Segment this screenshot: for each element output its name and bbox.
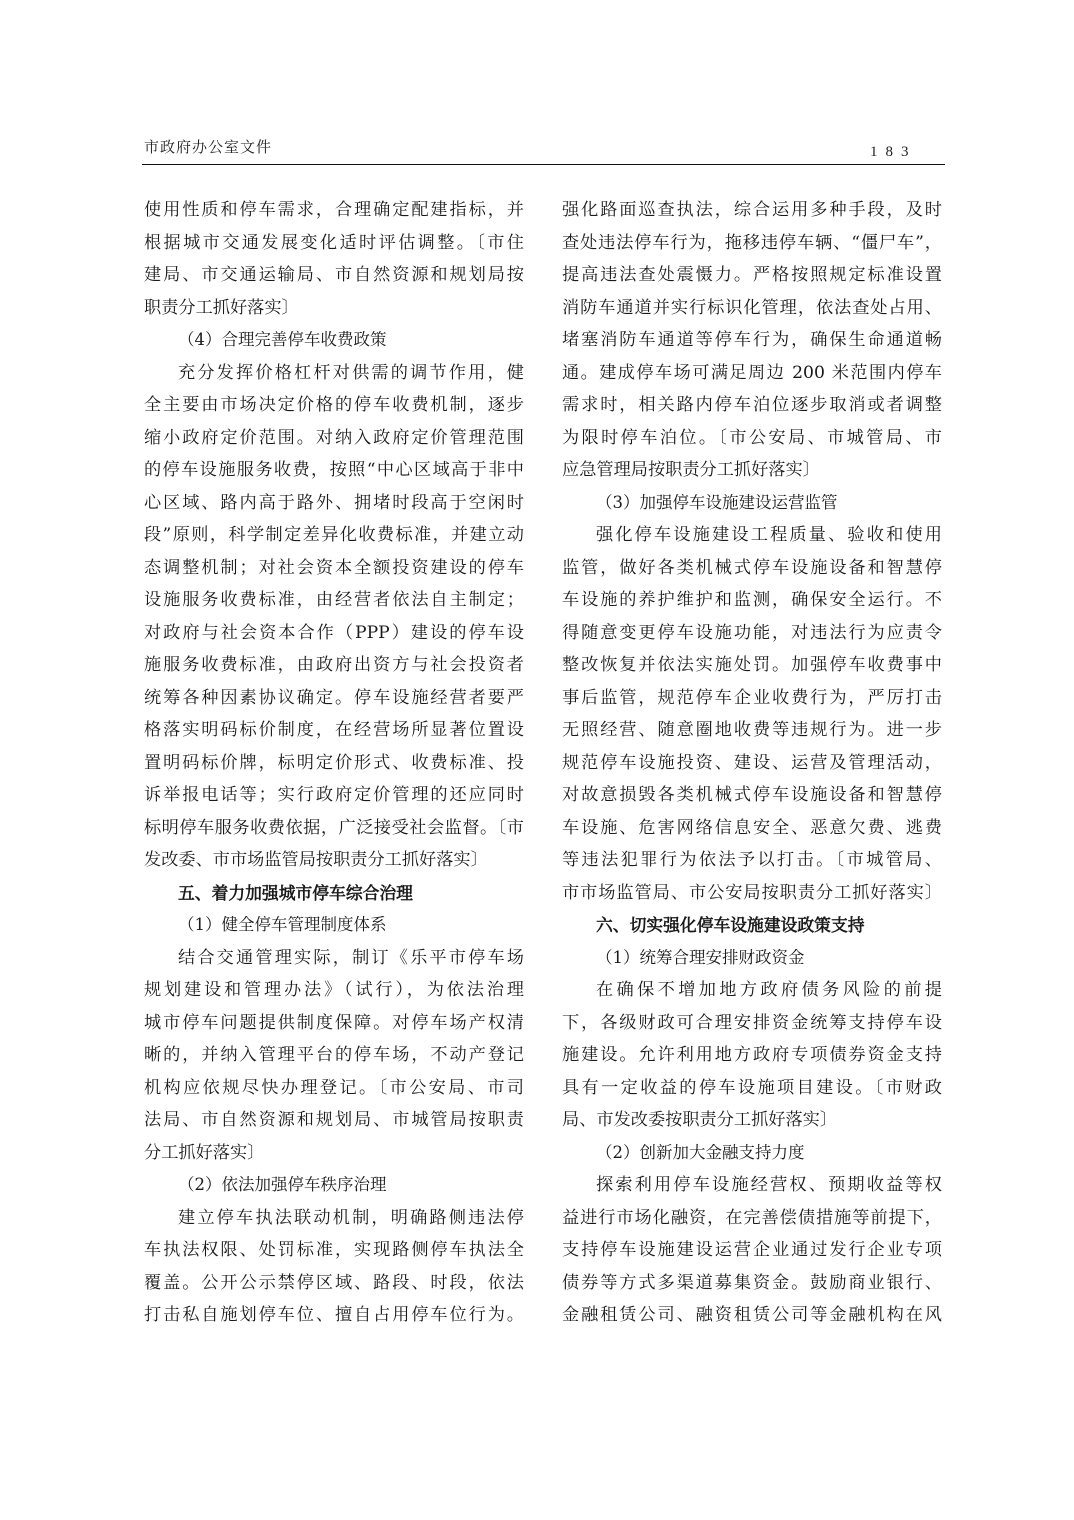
body-text-line: 车执法权限、处罚标准，实现路侧停车执法全 bbox=[144, 1234, 524, 1267]
body-text-line: 的停车设施服务收费，按照“中心区域高于非中 bbox=[144, 454, 524, 487]
right-column: 强化路面巡查执法，综合运用多种手段，及时查处违法停车行为，拖移违停车辆、“僵尸车… bbox=[562, 194, 942, 1332]
body-text-line: 对政府与社会资本合作（PPP）建设的停车设 bbox=[144, 617, 524, 650]
paragraph-first-line: 充分发挥价格杠杆对供需的调节作用，健 bbox=[144, 357, 524, 390]
body-text-line: 通。建成停车场可满足周边 200 米范围内停车 bbox=[562, 357, 942, 390]
left-column: 使用性质和停车需求，合理确定配建指标，并根据城市交通发展变化适时评估调整。〔市住… bbox=[144, 194, 524, 1332]
body-text-line: 支持停车设施建设运营企业通过发行企业专项 bbox=[562, 1234, 942, 1267]
body-text-line: 市市场监管局、市公安局按职责分工抓好落实〕 bbox=[562, 877, 942, 910]
section-heading: 五、着力加强城市停车综合治理 bbox=[144, 877, 524, 910]
body-text-line: 等违法犯罪行为依法予以打击。〔市城管局、 bbox=[562, 844, 942, 877]
body-text-line: 提高违法查处震慑力。严格按照规定标准设置 bbox=[562, 259, 942, 292]
body-text-line: 金融租赁公司、融资租赁公司等金融机构在风 bbox=[562, 1299, 942, 1332]
paragraph-first-line: 强化停车设施建设工程质量、验收和使用 bbox=[562, 519, 942, 552]
body-text-line: 法局、市自然资源和规划局、市城管局按职责 bbox=[144, 1104, 524, 1137]
body-text-line: 态调整机制；对社会资本全额投资建设的停车 bbox=[144, 552, 524, 585]
subsection-heading: （2）依法加强停车秩序治理 bbox=[144, 1169, 524, 1202]
body-text-line: 设施服务收费标准，由经营者依法自主制定； bbox=[144, 584, 524, 617]
paragraph-first-line: 建立停车执法联动机制，明确路侧违法停 bbox=[144, 1202, 524, 1235]
body-text-line: 根据城市交通发展变化适时评估调整。〔市住 bbox=[144, 227, 524, 260]
paragraph-last-line: 发改委、市市场监管局按职责分工抓好落实〕 bbox=[144, 844, 524, 877]
body-text-line: 债券等方式多渠道募集资金。鼓励商业银行、 bbox=[562, 1267, 942, 1300]
body-text-line: 统筹各种因素协议确定。停车设施经营者要严 bbox=[144, 682, 524, 715]
body-text-line: 整改恢复并依法实施处罚。加强停车收费事中 bbox=[562, 649, 942, 682]
body-text-line: 得随意变更停车设施功能，对违法行为应责令 bbox=[562, 617, 942, 650]
header-divider bbox=[142, 164, 945, 165]
body-text-line: 覆盖。公开公示禁停区域、路段、时段，依法 bbox=[144, 1267, 524, 1300]
paragraph-first-line: 在确保不增加地方政府债务风险的前提 bbox=[562, 974, 942, 1007]
body-text-line: 车设施、危害网络信息安全、恶意欠费、逃费 bbox=[562, 812, 942, 845]
body-text-line: 下，各级财政可合理安排资金统筹支持停车设 bbox=[562, 1007, 942, 1040]
body-text-line: 对故意损毁各类机械式停车设施设备和智慧停 bbox=[562, 779, 942, 812]
body-text-line: 施建设。允许利用地方政府专项债券资金支持 bbox=[562, 1039, 942, 1072]
body-text-line: 诉举报电话等；实行政府定价管理的还应同时 bbox=[144, 779, 524, 812]
body-text-line: 标明停车服务收费依据，广泛接受社会监督。〔市 bbox=[144, 812, 524, 845]
page-number: 183 bbox=[870, 144, 917, 161]
body-text-line: 置明码标价牌，标明定价形式、收费标准、投 bbox=[144, 747, 524, 780]
body-text-line: 使用性质和停车需求，合理确定配建指标，并 bbox=[144, 194, 524, 227]
subsection-heading: （4）合理完善停车收费政策 bbox=[144, 324, 524, 357]
body-text-line: 机构应依规尽快办理登记。〔市公安局、市司 bbox=[144, 1072, 524, 1105]
body-text-line: 规范停车设施投资、建设、运营及管理活动， bbox=[562, 747, 942, 780]
body-text-line: 城市停车问题提供制度保障。对停车场产权清 bbox=[144, 1007, 524, 1040]
subsection-heading: （2）创新加大金融支持力度 bbox=[562, 1137, 942, 1170]
body-text-line: 堵塞消防车通道等停车行为，确保生命通道畅 bbox=[562, 324, 942, 357]
body-text-line: 车设施的养护维护和监测，确保安全运行。不 bbox=[562, 584, 942, 617]
body-text-line: 规划建设和管理办法》（试行），为依法治理 bbox=[144, 974, 524, 1007]
paragraph-first-line: 结合交通管理实际，制订《乐平市停车场 bbox=[144, 942, 524, 975]
body-text-line: 心区域、路内高于路外、拥堵时段高于空闲时 bbox=[144, 487, 524, 520]
paragraph-last-line: 分工抓好落实〕 bbox=[144, 1137, 524, 1170]
body-text-line: 具有一定收益的停车设施项目建设。〔市财政 bbox=[562, 1072, 942, 1105]
body-text-line: 无照经营、随意圈地收费等违规行为。进一步 bbox=[562, 714, 942, 747]
body-text-line: 建局、市交通运输局、市自然资源和规划局按 bbox=[144, 259, 524, 292]
body-text-line: 缩小政府定价范围。对纳入政府定价管理范围 bbox=[144, 422, 524, 455]
body-text-line: 事后监管，规范停车企业收费行为，严厉打击 bbox=[562, 682, 942, 715]
paragraph-last-line: 职责分工抓好落实〕 bbox=[144, 292, 524, 325]
body-text-line: 打击私自施划停车位、擅自占用停车位行为。 bbox=[144, 1299, 524, 1332]
body-text-line: 格落实明码标价制度，在经营场所显著位置设 bbox=[144, 714, 524, 747]
body-text-line: 需求时，相关路内停车泊位逐步取消或者调整 bbox=[562, 389, 942, 422]
body-text-line: 为限时停车泊位。〔市公安局、市城管局、市 bbox=[562, 422, 942, 455]
subsection-heading: （3）加强停车设施建设运营监管 bbox=[562, 487, 942, 520]
body-text-line: 监管，做好各类机械式停车设施设备和智慧停 bbox=[562, 552, 942, 585]
body-text-line: 强化路面巡查执法，综合运用多种手段，及时 bbox=[562, 194, 942, 227]
paragraph-last-line: 局、市发改委按职责分工抓好落实〕 bbox=[562, 1104, 942, 1137]
body-text-line: 消防车通道并实行标识化管理，依法查处占用、 bbox=[562, 292, 942, 325]
body-text-line: 益进行市场化融资，在完善偿债措施等前提下， bbox=[562, 1202, 942, 1235]
body-text-line: 晰的，并纳入管理平台的停车场，不动产登记 bbox=[144, 1039, 524, 1072]
body-text-line: 段”原则，科学制定差异化收费标准，并建立动 bbox=[144, 519, 524, 552]
subsection-heading: （1）统筹合理安排财政资金 bbox=[562, 942, 942, 975]
header-title: 市政府办公室文件 bbox=[144, 136, 272, 157]
subsection-heading: （1）健全停车管理制度体系 bbox=[144, 909, 524, 942]
body-text-line: 全主要由市场决定价格的停车收费机制，逐步 bbox=[144, 389, 524, 422]
paragraph-last-line: 应急管理局按职责分工抓好落实〕 bbox=[562, 454, 942, 487]
body-text-line: 查处违法停车行为，拖移违停车辆、“僵尸车”， bbox=[562, 227, 942, 260]
paragraph-first-line: 探索利用停车设施经营权、预期收益等权 bbox=[562, 1169, 942, 1202]
body-text-line: 施服务收费标准，由政府出资方与社会投资者 bbox=[144, 649, 524, 682]
section-heading: 六、切实强化停车设施建设政策支持 bbox=[562, 909, 942, 942]
